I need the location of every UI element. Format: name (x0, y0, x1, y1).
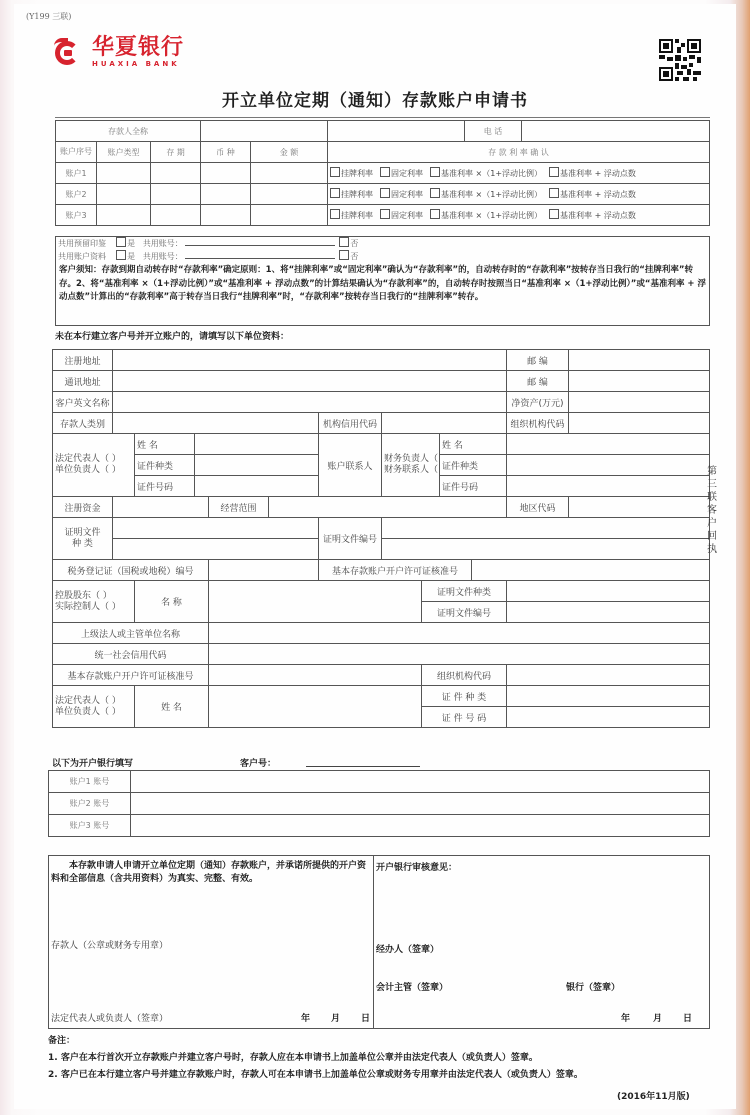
rate-checkbox[interactable]: 挂牌利率 (330, 190, 373, 199)
rate-checkbox[interactable]: 挂牌利率 (330, 211, 373, 220)
shared-info-no-checkbox[interactable]: 否 (339, 252, 358, 261)
id-no-label: 证 件 号 码 (422, 707, 507, 728)
cert-no-label: 证明文件编号 (422, 602, 507, 623)
depositor-category-label: 存款人类别 (53, 413, 113, 434)
copy-label: 第三联 客户回执 (705, 465, 719, 556)
amount-field[interactable] (251, 163, 328, 184)
account-1-no-label: 账户1 账号 (49, 771, 131, 793)
area-code-label: 地区代码 (507, 497, 569, 518)
applicant-statement: 本存款申请人申请开立单位定期（通知）存款账户，并承诺所提供的开户资料和全部信息（… (51, 860, 369, 886)
accounting-label: 会计主管（签章） (376, 980, 448, 993)
customer-no-label: 客户号： (240, 756, 276, 769)
cert-type-field-2[interactable] (113, 539, 319, 560)
depositor-category-field[interactable] (113, 413, 319, 434)
contact-id-no-field[interactable] (507, 476, 710, 497)
legal-rep-label: 法定代表人（ ）单位负责人（ ） (53, 434, 135, 497)
cert-no-field-1[interactable] (382, 518, 710, 539)
net-assets-field[interactable] (569, 392, 710, 413)
applicant-declaration-cell: 本存款申请人申请开立单位定期（通知）存款账户，并承诺所提供的开户资料和全部信息（… (49, 856, 374, 1029)
account-3-no-label: 账户3 账号 (49, 815, 131, 837)
amount-field[interactable] (251, 205, 328, 226)
shared-seal-row: 共用预留印鉴 是 共用账号： 否 (56, 237, 709, 250)
legal-rep-id-type-field[interactable] (195, 455, 319, 476)
legal-rep-id-no-field[interactable] (195, 476, 319, 497)
id-no-label: 证件号码 (135, 476, 195, 497)
row-label: 账户1 (56, 163, 97, 184)
controller-cert-no-field[interactable] (507, 602, 710, 623)
superior-unit-field[interactable] (209, 623, 710, 644)
rate-checkbox[interactable]: 基准利率 ×（1+浮动比例） (430, 169, 542, 178)
shared-seal-yes-checkbox[interactable]: 是 (116, 239, 135, 248)
shared-notice-box: 共用预留印鉴 是 共用账号： 否 共用账户资料 是 共用账号： 否 客户须知：存… (55, 236, 710, 326)
account-2-no-field[interactable] (131, 793, 710, 815)
unit-info-table: 注册地址 邮 编 通讯地址 邮 编 客户英文名称 净资产(万元) 存款人类别 机… (52, 349, 710, 728)
shared-seal-account-field[interactable] (185, 237, 335, 246)
depositor-name-field[interactable] (201, 121, 328, 142)
col-currency: 币 种 (201, 142, 251, 163)
bank-seal-label: 银行（签章） (566, 980, 620, 993)
row-label: 账户3 (56, 205, 97, 226)
row-label: 账户2 (56, 184, 97, 205)
col-term: 存 期 (151, 142, 201, 163)
basic-permit-label: 基本存款账户开户许可证核准号 (319, 560, 472, 581)
currency-field[interactable] (201, 205, 251, 226)
title-divider (55, 117, 710, 118)
unified-credit-field[interactable] (209, 644, 710, 665)
finance-role-label: 财务负责人（ ）财务联系人（ ） (382, 434, 440, 497)
org-code-label: 组织机构代码 (422, 665, 507, 686)
superior-legal-rep-label: 法定代表人（ ）单位负责人（ ） (53, 686, 135, 728)
mailing-address-field[interactable] (113, 371, 507, 392)
handler-label: 经办人（签章） (376, 942, 439, 955)
remark-item: 2. 客户已在本行建立客户号并建立存款账户时，存款人可在本申请书上加盖单位公章或… (48, 1067, 583, 1084)
phone-field[interactable] (522, 121, 710, 141)
postcode-field[interactable] (569, 371, 710, 392)
mailing-address-label: 通讯地址 (53, 371, 113, 392)
controller-cert-type-field[interactable] (507, 581, 710, 602)
registered-address-label: 注册地址 (53, 350, 113, 371)
registered-capital-field[interactable] (113, 497, 209, 518)
business-scope-field[interactable] (269, 497, 507, 518)
area-code-field[interactable] (569, 497, 710, 518)
page-title: 开立单位定期（通知）存款账户申请书 (0, 86, 750, 111)
registered-address-field[interactable] (113, 350, 507, 371)
postcode-label: 邮 编 (507, 371, 569, 392)
rate-options: 挂牌利率固定利率基准利率 ×（1+浮动比例）基准利率 + 浮动点数 (328, 163, 710, 184)
credit-code-label: 机构信用代码 (319, 413, 382, 434)
customer-no-field[interactable] (306, 766, 420, 767)
account-type-field[interactable] (97, 205, 151, 226)
rate-checkbox[interactable]: 基准利率 + 浮动点数 (549, 190, 636, 199)
basic-permit-field[interactable] (472, 560, 710, 581)
credit-code-field[interactable] (382, 413, 507, 434)
bank-accounts-table: 账户1 账号 账户2 账号 账户3 账号 (48, 770, 710, 837)
table-row: 账户3 挂牌利率固定利率基准利率 ×（1+浮动比例）基准利率 + 浮动点数 (56, 205, 710, 226)
term-field[interactable] (151, 205, 201, 226)
date-month: 月 (653, 1011, 662, 1024)
postcode-field[interactable] (569, 350, 710, 371)
bank-section-header: 以下为开户银行填写 (52, 756, 133, 769)
col-account-no: 账户序号 (56, 142, 97, 163)
col-rate-confirm: 存 款 利 率 确 认 (328, 142, 710, 163)
bank-name-en: HUAXIA BANK (92, 60, 184, 68)
shared-info-row: 共用账户资料 是 共用账号： 否 (56, 250, 709, 263)
term-field[interactable] (151, 184, 201, 205)
account-contact-label: 账户联系人 (319, 434, 382, 497)
date-day: 日 (361, 1011, 370, 1024)
account-type-field[interactable] (97, 163, 151, 184)
id-type-label: 证件种类 (440, 455, 507, 476)
date-year: 年 (621, 1011, 630, 1024)
account-3-no-field[interactable] (131, 815, 710, 837)
id-no-label: 证件号码 (440, 476, 507, 497)
form-code: (Y199 三联) (26, 11, 71, 22)
id-type-label: 证件种类 (135, 455, 195, 476)
rate-checkbox[interactable]: 固定利率 (380, 169, 423, 178)
rate-options: 挂牌利率固定利率基准利率 ×（1+浮动比例）基准利率 + 浮动点数 (328, 184, 710, 205)
depositor-seal-label: 存款人（公章或财务专用章） (51, 938, 168, 951)
account-2-no-label: 账户2 账号 (49, 793, 131, 815)
phone-cell: 电 话 (328, 121, 710, 142)
currency-field[interactable] (201, 184, 251, 205)
date-day: 日 (683, 1011, 692, 1024)
shared-info-account-field[interactable] (185, 250, 335, 259)
remarks-title: 备注： (48, 1033, 583, 1050)
bank-opinion-cell: 开户银行审核意见： 经办人（签章） 会计主管（签章） 银行（签章） 年 月 日 (374, 856, 710, 1029)
controller-label: 控股股东（ ）实际控制人（ ） (53, 581, 135, 623)
bank-opinion-label: 开户银行审核意见： (376, 860, 457, 873)
business-scope-label: 经营范围 (209, 497, 269, 518)
account-table: 存款人全称 电 话 账户序号 账户类型 存 期 币 种 金 额 存 款 利 率 … (55, 120, 710, 226)
rate-checkbox[interactable]: 挂牌利率 (330, 169, 373, 178)
col-account-type: 账户类型 (97, 142, 151, 163)
name-label: 姓 名 (135, 434, 195, 455)
account-type-field[interactable] (97, 184, 151, 205)
net-assets-label: 净资产(万元) (507, 392, 569, 413)
superior-basic-permit-field[interactable] (209, 665, 422, 686)
id-type-label: 证 件 种 类 (422, 686, 507, 707)
unit-info-intro: 未在本行建立客户号并开立账户的，请填写以下单位资料： (55, 329, 289, 342)
contact-name-field[interactable] (507, 434, 710, 455)
rate-checkbox[interactable]: 基准利率 ×（1+浮动比例） (430, 211, 542, 220)
rate-checkbox[interactable]: 固定利率 (380, 211, 423, 220)
tax-reg-label: 税务登记证（国税或地税）编号 (53, 560, 209, 581)
remarks: 备注： 1. 客户在本行首次开立存款账户并建立客户号时，存款人应在本申请书上加盖… (48, 1033, 583, 1084)
org-code-label: 组织机构代码 (507, 413, 569, 434)
currency-field[interactable] (201, 163, 251, 184)
tax-reg-field[interactable] (209, 560, 319, 581)
huaxia-logo-icon (52, 36, 84, 68)
qr-code-icon (659, 39, 701, 81)
contact-id-type-field[interactable] (507, 455, 710, 476)
table-row: 账户2 挂牌利率固定利率基准利率 ×（1+浮动比例）基准利率 + 浮动点数 (56, 184, 710, 205)
signature-table: 本存款申请人申请开立单位定期（通知）存款账户，并承诺所提供的开户资料和全部信息（… (48, 855, 710, 1029)
superior-legal-rep-name-field[interactable] (209, 686, 422, 728)
controller-name-label: 名 称 (135, 581, 209, 623)
col-amount: 金 额 (251, 142, 328, 163)
phone-label: 电 话 (465, 121, 522, 141)
superior-id-type-field[interactable] (507, 686, 710, 707)
bank-name-cn: 华夏银行 (92, 36, 184, 60)
remark-item: 1. 客户在本行首次开立存款账户并建立客户号时，存款人应在本申请书上加盖单位公章… (48, 1050, 583, 1067)
rate-options: 挂牌利率固定利率基准利率 ×（1+浮动比例）基准利率 + 浮动点数 (328, 205, 710, 226)
postcode-label: 邮 编 (507, 350, 569, 371)
superior-id-no-field[interactable] (507, 707, 710, 728)
depositor-name-label: 存款人全称 (56, 121, 201, 142)
date-year: 年 (301, 1011, 310, 1024)
cert-type-full-label: 证明文件种类 (422, 581, 507, 602)
name-label: 姓 名 (135, 686, 209, 728)
cert-no-label: 证明文件编号 (319, 518, 382, 560)
amount-field[interactable] (251, 184, 328, 205)
basic-permit-label: 基本存款账户开户许可证核准号 (53, 665, 209, 686)
shared-seal-no-checkbox[interactable]: 否 (339, 239, 358, 248)
controller-name-field[interactable] (209, 581, 422, 623)
date-month: 月 (331, 1011, 340, 1024)
superior-org-code-field[interactable] (507, 665, 710, 686)
english-name-field[interactable] (113, 392, 507, 413)
org-code-field[interactable] (569, 413, 710, 434)
unified-credit-label: 统一社会信用代码 (53, 644, 209, 665)
english-name-label: 客户英文名称 (53, 392, 113, 413)
rate-checkbox[interactable]: 基准利率 ×（1+浮动比例） (430, 190, 542, 199)
rate-checkbox[interactable]: 固定利率 (380, 190, 423, 199)
cert-type-field-1[interactable] (113, 518, 319, 539)
registered-capital-label: 注册资金 (53, 497, 113, 518)
term-field[interactable] (151, 163, 201, 184)
cert-type-label: 证明文件种 类 (53, 518, 113, 560)
superior-unit-label: 上级法人或主管单位名称 (53, 623, 209, 644)
legal-sign-label: 法定代表人或负责人（签章） (51, 1011, 168, 1024)
name-label: 姓 名 (440, 434, 507, 455)
legal-rep-name-field[interactable] (195, 434, 319, 455)
table-row: 账户1 挂牌利率固定利率基准利率 ×（1+浮动比例）基准利率 + 浮动点数 (56, 163, 710, 184)
cert-no-field-2[interactable] (382, 539, 710, 560)
rate-checkbox[interactable]: 基准利率 + 浮动点数 (549, 211, 636, 220)
rate-checkbox[interactable]: 基准利率 + 浮动点数 (549, 169, 636, 178)
form-version: (2016年11月版) (617, 1089, 690, 1102)
customer-notice: 客户须知：存款到期自动转存时“存款利率”确定原则：1、将“挂牌利率”或“固定利率… (56, 263, 709, 306)
account-1-no-field[interactable] (131, 771, 710, 793)
bank-logo: 华夏银行 HUAXIA BANK (52, 36, 184, 68)
shared-info-yes-checkbox[interactable]: 是 (116, 252, 135, 261)
